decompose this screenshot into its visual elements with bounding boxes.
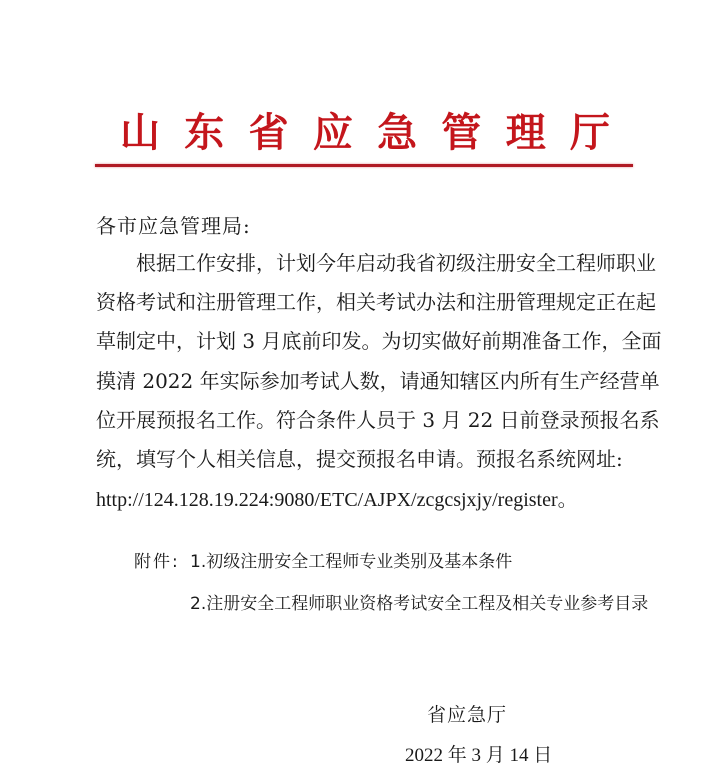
title-char: 急: [377, 113, 417, 153]
paragraph-line: 根据工作安排，计划今年启动我省初级注册安全工程师职业: [136, 247, 636, 276]
attachment-item: 1.初级注册安全工程师专业类别及基本条件: [190, 554, 512, 571]
signature-date: 2022 年 3 月 14 日: [405, 746, 552, 765]
title-char: 东: [184, 113, 224, 153]
document-title: 山 东 省 应 急 管 理 厅: [120, 103, 610, 163]
title-char: 理: [506, 113, 546, 153]
paragraph-line: 资格考试和注册管理工作，相关考试办法和注册管理规定正在起: [96, 286, 636, 315]
paragraph-line: 摸清 2022 年实际参加考试人数，请通知辖区内所有生产经营单: [96, 365, 636, 394]
attachment-item: 2.注册安全工程师职业资格考试安全工程及相关专业参考目录: [190, 596, 648, 613]
registration-url: http://124.128.19.224:9080/ETC/AJPX/zcgc…: [96, 483, 578, 512]
attachments-label: 附件:: [134, 554, 180, 571]
title-char: 管: [441, 113, 481, 153]
title-char: 应: [313, 113, 353, 153]
title-char: 省: [249, 113, 289, 153]
red-header-rule: [95, 164, 633, 167]
signature-organization: 省应急厅: [427, 706, 507, 725]
title-char: 厅: [570, 113, 610, 153]
title-char: 山: [120, 113, 160, 153]
paragraph-line: 草制定中，计划 3 月底前印发。为切实做好前期准备工作，全面: [96, 325, 636, 354]
salutation: 各市应急管理局:: [96, 216, 251, 236]
paragraph-line: 位开展预报名工作。符合条件人员于 3 月 22 日前登录预报名系: [96, 404, 636, 433]
paragraph-line: 统，填写个人相关信息，提交预报名申请。预报名系统网址:: [96, 443, 636, 472]
